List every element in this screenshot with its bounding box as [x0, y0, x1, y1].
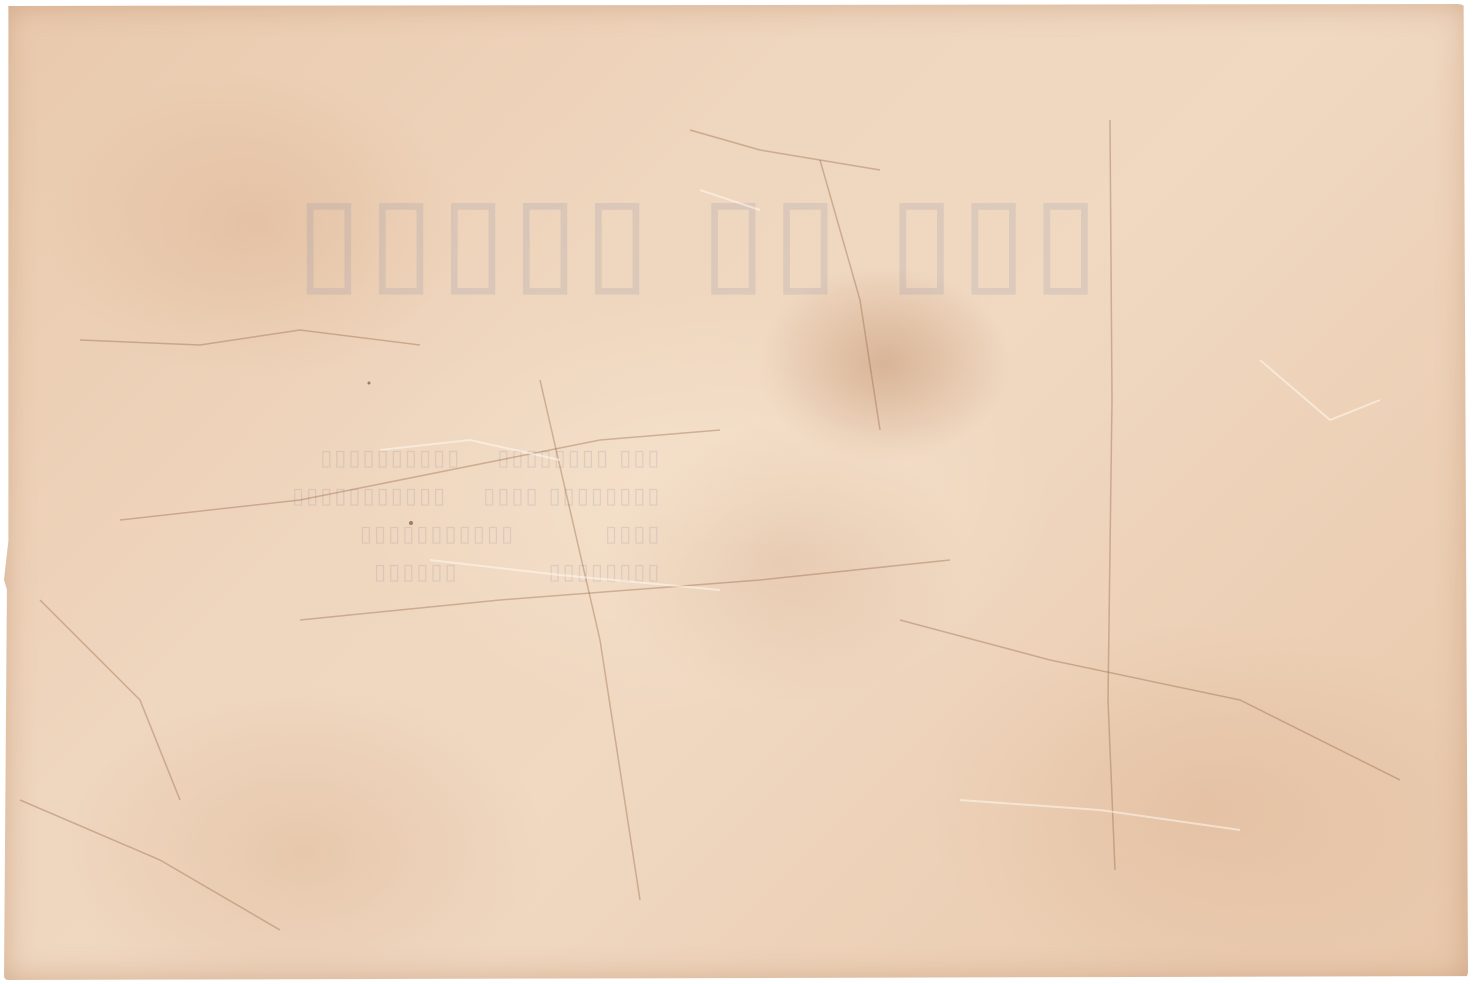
- scanned-banknote-back: ▯▯▯ ▯▯ ▯▯▯▯▯ ▯▯▯ ▯▯▯▯▯▯▯▯ ▯▯▯▯▯▯▯▯▯▯ ▯▯▯…: [0, 0, 1480, 984]
- crease-lines: [0, 0, 1480, 984]
